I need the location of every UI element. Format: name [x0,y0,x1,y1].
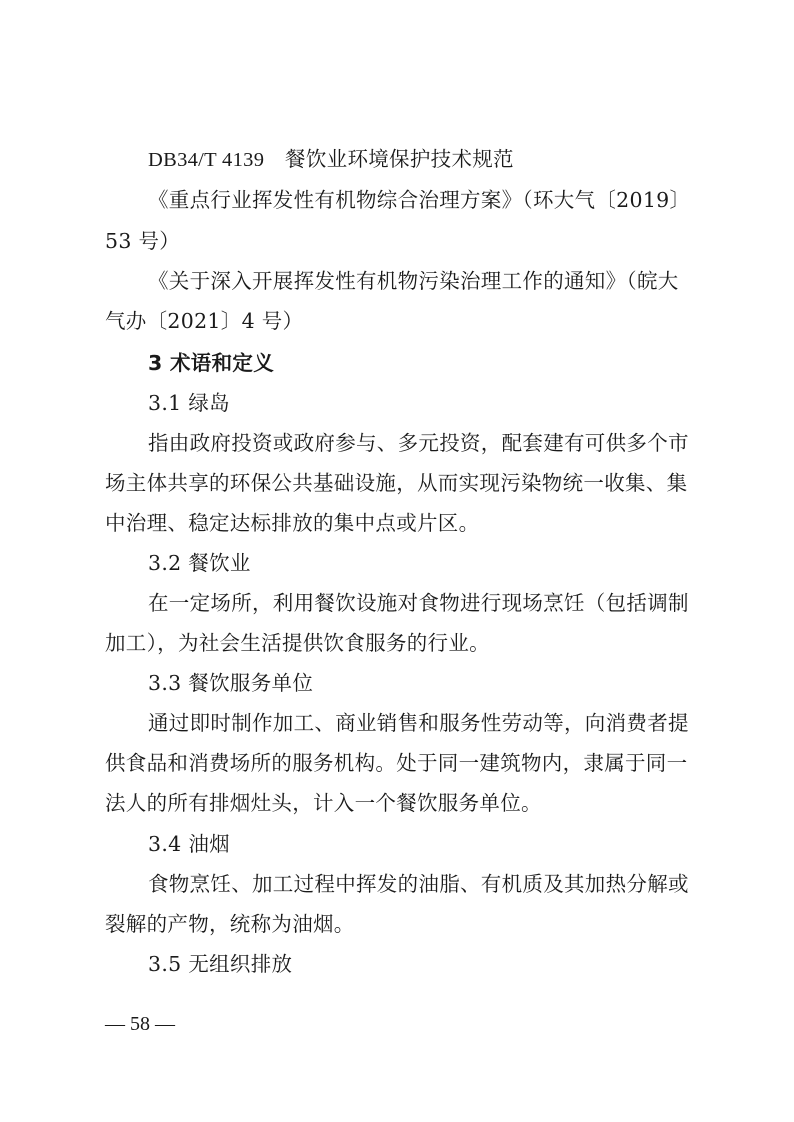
term-body-line: 裂解的产物，统称为油烟。 [105,910,697,938]
term-heading-green-island: 3.1 绿岛 [148,389,697,417]
term-body-line: 加工），为社会生活提供饮食服务的行业。 [105,629,697,657]
document-page: DB34/T 4139 餐饮业环境保护技术规范 《重点行业挥发性有机物综合治理方… [0,0,794,1122]
term-body-line: 通过即时制作加工、商业销售和服务性劳动等，向消费者提 [148,709,697,737]
term-body-line: 法人的所有排烟灶头，计入一个餐饮服务单位。 [105,789,697,817]
section-heading-terms-and-definitions: 3 术语和定义 [148,349,697,377]
reference-db34-t4139: DB34/T 4139 餐饮业环境保护技术规范 [148,146,697,174]
term-heading-catering-industry: 3.2 餐饮业 [148,549,697,577]
reference-vocs-plan-line1: 《重点行业挥发性有机物综合治理方案》（环大气〔2019〕 [148,186,697,214]
term-body-line: 场主体共享的环保公共基础设施，从而实现污染物统一收集、集 [105,469,697,497]
term-heading-fugitive-emission: 3.5 无组织排放 [148,950,697,978]
term-body-line: 中治理、稳定达标排放的集中点或片区。 [105,509,697,537]
term-body-line: 在一定场所，利用餐饮设施对食物进行现场烹饪（包括调制 [148,589,697,617]
reference-vocs-plan-line2: 53 号） [105,227,697,255]
term-heading-cooking-fumes: 3.4 油烟 [148,830,697,858]
term-body-line: 指由政府投资或政府参与、多元投资，配套建有可供多个市 [148,429,697,457]
term-heading-catering-service-unit: 3.3 餐饮服务单位 [148,669,697,697]
term-body-line: 食物烹饪、加工过程中挥发的油脂、有机质及其加热分解或 [148,870,697,898]
term-body-line: 供食品和消费场所的服务机构。处于同一建筑物内，隶属于同一 [105,749,697,777]
reference-vocs-notice-line2: 气办〔2021〕4 号） [105,307,697,335]
page-number: — 58 — [105,1011,175,1037]
reference-vocs-notice-line1: 《关于深入开展挥发性有机物污染治理工作的通知》（皖大 [148,267,697,295]
